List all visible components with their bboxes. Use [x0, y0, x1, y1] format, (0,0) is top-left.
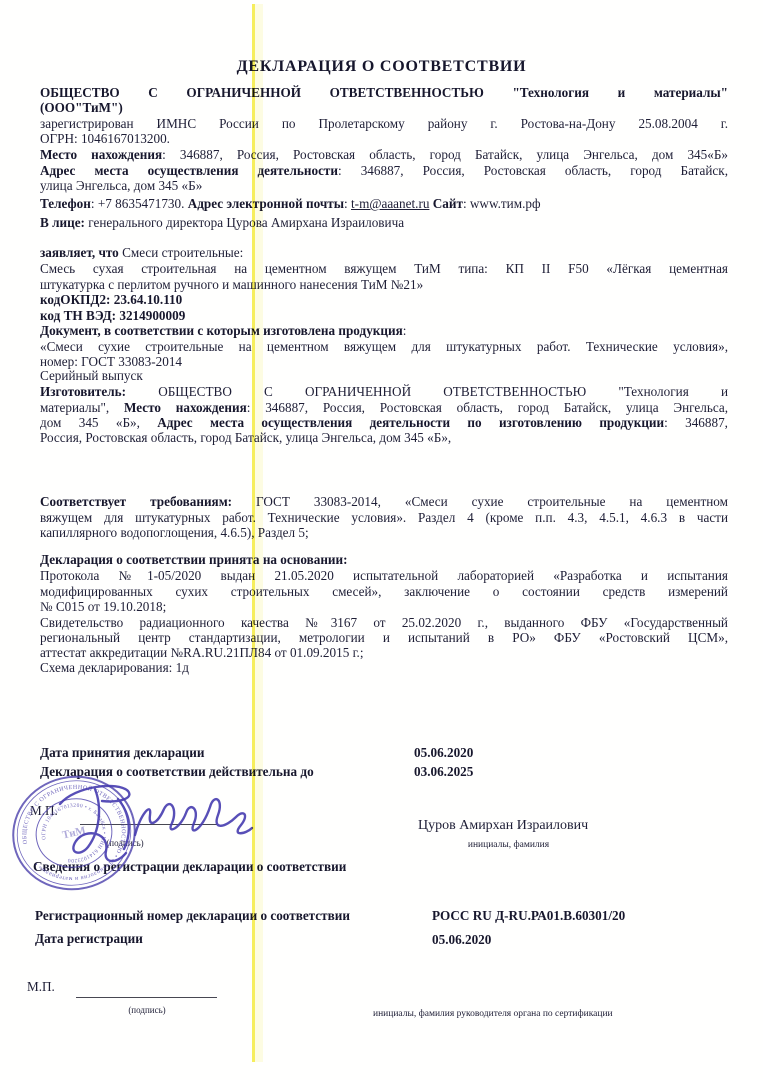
doc-line: код ТН ВЭД: 3214900009 — [40, 308, 728, 324]
valid-until-value: 03.06.2025 — [414, 764, 714, 780]
doc-line: аттестат аккредитации №RA.RU.21ПЛ84 от 0… — [40, 645, 728, 661]
doc-line: Смесь сухая строительная на цементном вя… — [40, 261, 728, 277]
doc-line: капиллярного водопоглощения, 4.6.5), Раз… — [40, 525, 728, 541]
seal-center-text: ТиМ — [61, 824, 87, 841]
declaration-document-page: ДЕКЛАРАЦИЯ О СООТВЕТСТВИИ ОБЩЕСТВО С ОГР… — [0, 0, 763, 1080]
doc-line: региональный центр стандартизации, метро… — [40, 630, 728, 646]
doc-line: дом 345 «Б», Адрес места осуществления д… — [40, 415, 728, 431]
declarant-caption: инициалы, фамилия — [446, 837, 571, 853]
doc-line: Документ, в соответствии с которым изгот… — [40, 323, 728, 339]
date-accepted-value: 05.06.2020 — [414, 745, 714, 761]
reg-date-value: 05.06.2020 — [432, 932, 742, 948]
reg-number-value: РОСС RU Д-RU.РА01.В.60301/20 — [432, 908, 742, 924]
doc-line: материалы", Место нахождения: 346887, Ро… — [40, 400, 728, 416]
reg-date-label: Дата регистрации — [35, 931, 425, 947]
highlight-line-glow — [255, 4, 263, 1062]
reg-number-label: Регистрационный номер декларации о соотв… — [35, 908, 425, 924]
certifier-caption: инициалы, фамилия руководителя органа по… — [373, 1006, 673, 1022]
doc-line: вяжущем для штукатурных работ. Техническ… — [40, 510, 728, 526]
doc-line: ОБЩЕСТВО С ОГРАНИЧЕННОЙ ОТВЕТСТВЕННОСТЬЮ… — [40, 85, 728, 101]
doc-line: Россия, Ростовская область, город Батайс… — [40, 430, 728, 446]
signature-line — [80, 824, 217, 825]
declarant-name: Цуров Амирхан Израилович — [418, 818, 698, 834]
doc-line: модифицированных сухих строительных смес… — [40, 584, 728, 600]
doc-line: Соответствует требованиям: ГОСТ 33083-20… — [40, 494, 728, 510]
doc-line: заявляет, что Смеси строительные: — [40, 245, 728, 261]
doc-line: Место нахождения: 346887, Россия, Ростов… — [40, 147, 728, 163]
doc-line: улица Энгельса, дом 345 «Б» — [40, 178, 728, 194]
doc-line: кодОКПД2: 23.64.10.110 — [40, 292, 728, 308]
registration-section-heading: Сведения о регистрации декларации о соот… — [33, 859, 553, 875]
doc-line: Серийный выпуск — [40, 368, 728, 384]
doc-line: зарегистрирован ИМНС России по Пролетарс… — [40, 116, 728, 132]
doc-line: Схема декларирования: 1д — [40, 660, 728, 676]
signature-caption: (подпись) — [85, 835, 165, 851]
mp-seal-mark-2: М.П. — [27, 979, 87, 995]
doc-line: «Смеси сухие строительные на цементном в… — [40, 339, 728, 355]
mp-seal-mark: М.П. — [30, 803, 90, 819]
doc-line: Изготовитель: ОБЩЕСТВО С ОГРАНИЧЕННОЙ ОТ… — [40, 384, 728, 400]
yellow-highlight-line — [252, 4, 255, 1062]
doc-line: Адрес места осуществления деятельности: … — [40, 163, 728, 179]
signature-line-2 — [76, 997, 217, 998]
doc-line: штукатурка с перлитом ручного и машинног… — [40, 277, 728, 293]
doc-line: № С015 от 19.10.2018; — [40, 599, 728, 615]
document-title: ДЕКЛАРАЦИЯ О СООТВЕТСТВИИ — [0, 58, 763, 76]
doc-line: Протокола №1-05/2020 выдан 21.05.2020 ис… — [40, 568, 728, 584]
doc-line: Декларация о соответствии принята на осн… — [40, 552, 728, 568]
doc-line: (ООО"ТиМ") — [40, 100, 728, 116]
doc-line: В лице: генерального директора Цурова Ам… — [40, 215, 728, 231]
signature-caption-2: (подпись) — [107, 1002, 187, 1018]
doc-line: ОГРН: 1046167013200. — [40, 131, 728, 147]
doc-line: Телефон: +7 8635471730. Адрес электронно… — [40, 196, 728, 212]
doc-line: Свидетельство радиационного качества №31… — [40, 615, 728, 631]
